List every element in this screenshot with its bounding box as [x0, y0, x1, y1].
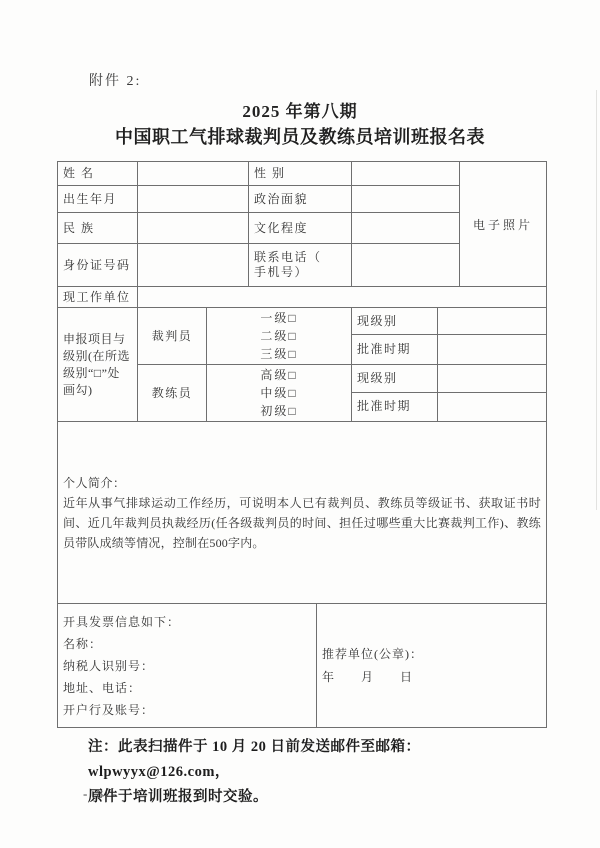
recommend-unit-seal-label: 推荐单位(公章)： [322, 643, 541, 666]
checkbox-option-level2: 二级□ [212, 327, 346, 345]
field-label-id-number: 身份证号码 [58, 244, 138, 287]
field-label-phone: 联系电话（ 手机号） [249, 244, 352, 287]
attachment-label: 附件 2: [89, 70, 141, 90]
table-row: 现工作单位 [58, 287, 547, 308]
field-label-work-unit: 现工作单位 [58, 287, 138, 308]
footnote-line2: 原件于培训班报到时交验。 [88, 785, 528, 810]
field-value-phone [352, 244, 460, 287]
referee-level-options: 一级□ 二级□ 三级□ [207, 308, 352, 365]
field-label-coach-current-level: 现级别 [352, 365, 438, 393]
date-line: 年 月 日 [322, 666, 541, 689]
invoice-header: 开具发票信息如下： [63, 611, 311, 633]
field-label-education: 文化程度 [249, 213, 352, 244]
form-title-main: 中国职工气排球裁判员及教练员培训班报名表 [0, 123, 600, 149]
field-label-gender: 性 别 [249, 162, 352, 186]
checkbox-option-level1: 一级□ [212, 309, 346, 327]
scan-edge-artifact [596, 90, 597, 510]
field-value-gender [352, 162, 460, 186]
checkbox-option-level3: 三级□ [212, 345, 346, 363]
field-value-name [138, 162, 249, 186]
scanned-form-page: 附件 2: 2025 年第八期 中国职工气排球裁判员及教练员培训班报名表 姓 名… [0, 0, 600, 848]
profile-description: 近年从事气排球运动工作经历，可说明本人已有裁判员、教练员等级证书、获取证书时间、… [63, 493, 541, 553]
field-label-birthdate: 出生年月 [58, 186, 138, 213]
invoice-name-label: 名称： [63, 633, 311, 655]
table-row: 姓 名 性 别 电子照片 [58, 162, 547, 186]
invoice-taxpayer-id-label: 纳税人识别号： [63, 655, 311, 677]
field-value-work-unit [138, 287, 547, 308]
field-value-referee-current-level [438, 308, 547, 335]
field-value-political-status [352, 186, 460, 213]
invoice-bank-account-label: 开户行及账号： [63, 699, 311, 721]
coach-level-options: 高级□ 中级□ 初级□ [207, 365, 352, 422]
checkbox-option-intermediate: 中级□ [212, 384, 346, 402]
footnote: 注：此表扫描件于 10 月 20 日前发送邮件至邮箱：wlpwyyx@126.c… [88, 735, 528, 810]
field-value-ethnicity [138, 213, 249, 244]
table-row: 申报项目与级别(在所选级别“□”处画勾) 裁判员 一级□ 二级□ 三级□ 现级别 [58, 308, 547, 335]
page-number: - 8 - [83, 786, 120, 802]
field-label-political-status: 政治面貌 [249, 186, 352, 213]
field-label-application: 申报项目与级别(在所选级别“□”处画勾) [58, 308, 138, 422]
field-value-education [352, 213, 460, 244]
field-label-coach-approval-date: 批准时期 [352, 392, 438, 421]
role-label-referee: 裁判员 [138, 308, 207, 365]
checkbox-option-junior: 初级□ [212, 402, 346, 420]
profile-title: 个人简介： [63, 473, 541, 493]
invoice-info-cell: 开具发票信息如下： 名称： 纳税人识别号： 地址、电话： 开户行及账号： [58, 604, 317, 728]
field-label-referee-current-level: 现级别 [352, 308, 438, 335]
checkbox-option-senior: 高级□ [212, 366, 346, 384]
profile-cell: 个人简介： 近年从事气排球运动工作经历，可说明本人已有裁判员、教练员等级证书、获… [58, 422, 547, 604]
field-value-birthdate [138, 186, 249, 213]
registration-table: 姓 名 性 别 电子照片 出生年月 政治面貌 民 族 文化程度 身份证号码 联系… [57, 161, 547, 728]
field-value-coach-approval-date [438, 392, 547, 421]
field-label-referee-approval-date: 批准时期 [352, 335, 438, 365]
table-row: 个人简介： 近年从事气排球运动工作经历，可说明本人已有裁判员、教练员等级证书、获… [58, 422, 547, 604]
footnote-line1: 注：此表扫描件于 10 月 20 日前发送邮件至邮箱：wlpwyyx@126.c… [88, 735, 528, 785]
field-label-ethnicity: 民 族 [58, 213, 138, 244]
table-row: 开具发票信息如下： 名称： 纳税人识别号： 地址、电话： 开户行及账号： 推荐单… [58, 604, 547, 728]
role-label-coach: 教练员 [138, 365, 207, 422]
form-title-session: 2025 年第八期 [0, 97, 600, 122]
recommend-unit-cell: 推荐单位(公章)： 年 月 日 [317, 604, 547, 728]
field-value-coach-current-level [438, 365, 547, 393]
invoice-address-phone-label: 地址、电话： [63, 677, 311, 699]
field-value-referee-approval-date [438, 335, 547, 365]
field-value-id-number [138, 244, 249, 287]
field-label-name: 姓 名 [58, 162, 138, 186]
photo-cell: 电子照片 [460, 162, 547, 287]
